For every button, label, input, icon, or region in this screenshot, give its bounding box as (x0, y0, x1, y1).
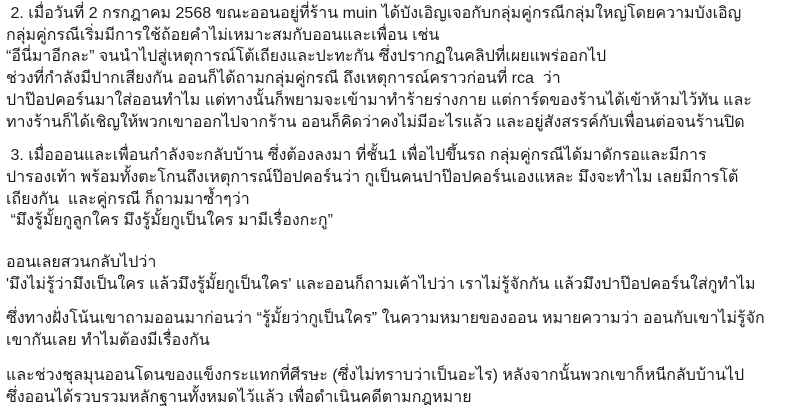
text-line: กลุ่มคู่กรณีเริ่มมีการใช้ถ้อยคำไม่เหมาะส… (6, 25, 794, 47)
text-line: และช่วงชุลมุนออนโดนของแข็งกระแทกที่ศีรษะ… (6, 365, 794, 387)
text-line: เขากันเลย ทำไมต้องมีเรื่องกัน (6, 330, 794, 352)
text-line: ช่วงที่กำลังมีปากเสียงกัน ออนก็ได้ถามกลุ… (6, 68, 794, 90)
paragraph-on-reply: ออนเลยสวนกลับไปว่า 'มึงไม่รู้ว่ามึงเป็นใ… (6, 252, 794, 295)
document-body: 2. เมื่อวันที่ 2 กรกฎาคม 2568 ขณะออนอยู่… (0, 0, 800, 408)
text-line: ซึ่งทางฝั่งโน้นเขาถามออนมาก่อนว่า “รู้มั… (6, 308, 794, 330)
paragraph-aftermath: และช่วงชุลมุนออนโดนของแข็งกระแทกที่ศีรษะ… (6, 365, 794, 408)
text-line: 3. เมื่อออนและเพื่อนกำลังจะกลับบ้าน ซึ่ง… (6, 145, 794, 167)
text-line: “มึงรู้มั้ยกูลูกใคร มึงรู้มั้ยกูเป็นใคร … (6, 210, 794, 232)
text-line: ทางร้านก็ได้เชิญให้พวกเขาออกไปจากร้าน ออ… (6, 112, 794, 134)
text-line: ปารองเท้า พร้อมทั้งตะโกนถึงเหตุการณ์ป๊อป… (6, 167, 794, 189)
text-line: ออนเลยสวนกลับไปว่า (6, 252, 794, 274)
text-line: 2. เมื่อวันที่ 2 กรกฎาคม 2568 ขณะออนอยู่… (6, 3, 794, 25)
text-line: 'มึงไม่รู้ว่ามึงเป็นใคร แล้วมึงรู้มั้ยกู… (6, 274, 794, 296)
text-line: เถียงกัน และคู่กรณี ก็ถามมาซ้ำๆว่า (6, 189, 794, 211)
paragraph-item-3: 3. เมื่อออนและเพื่อนกำลังจะกลับบ้าน ซึ่ง… (6, 145, 794, 232)
text-line: “อีนี่มาอีกละ” จนนำไปสู่เหตุการณ์โต้เถีย… (6, 46, 794, 68)
text-line: ปาป๊อปคอร์นมาใส่ออนทำไม แต่ทางนั้นก็พยาม… (6, 90, 794, 112)
paragraph-clarification: ซึ่งทางฝั่งโน้นเขาถามออนมาก่อนว่า “รู้มั… (6, 308, 794, 351)
paragraph-item-2: 2. เมื่อวันที่ 2 กรกฎาคม 2568 ขณะออนอยู่… (6, 3, 794, 133)
text-line: ซึ่งออนได้รวบรวมหลักฐานทั้งหมดไว้แล้ว เพ… (6, 387, 794, 409)
